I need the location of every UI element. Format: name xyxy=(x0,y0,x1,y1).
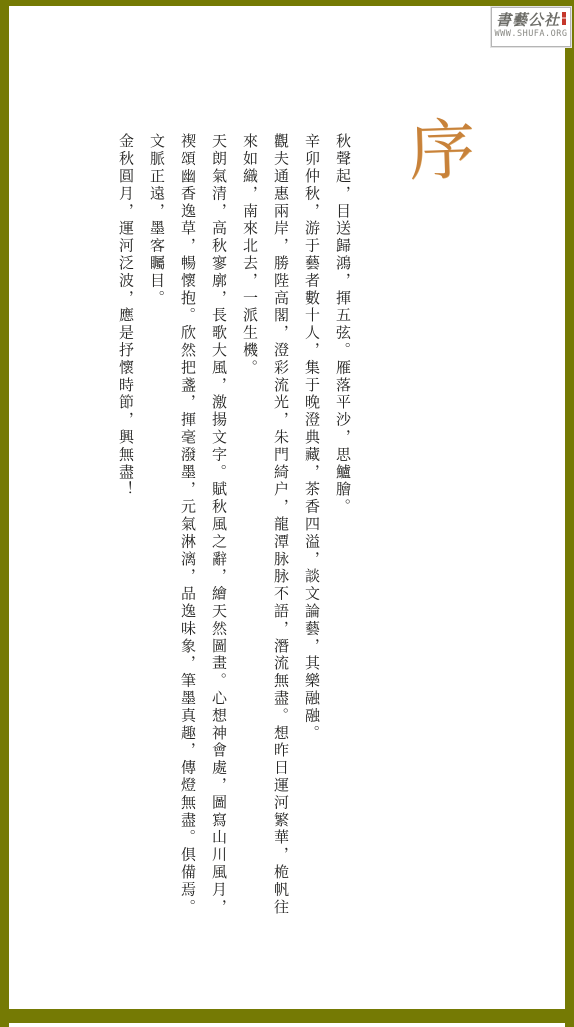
preface-vertical-text: 秋聲起，目送歸鴻，揮五弦。雁落平沙，思鱸膾。 辛卯仲秋，游于藝者數十人，集于晚澄… xyxy=(78,133,358,933)
preface-paragraph-1: 秋聲起，目送歸鴻，揮五弦。雁落平沙，思鱸膾。 xyxy=(327,133,358,933)
page-border-bottom xyxy=(0,1009,574,1023)
site-url-text: WWW.SHUFA.ORG xyxy=(492,29,570,40)
site-logo-calligraphy: 書藝公社 xyxy=(496,11,560,29)
preface-paragraph-5: 金秋圓月，運河泛波，應是抒懷時節，興無盡！ xyxy=(110,133,141,933)
site-watermark: 書藝公社 WWW.SHUFA.ORG xyxy=(491,7,571,47)
preface-paragraph-2: 辛卯仲秋，游于藝者數十人，集于晚澄典藏，茶香四溢，談文論藝，其樂融融。 xyxy=(296,133,327,933)
page-border-top xyxy=(0,0,574,6)
logo-seal-icon xyxy=(562,12,566,25)
page-border-right xyxy=(565,0,574,1027)
page-border-left xyxy=(0,0,9,1027)
preface-paragraph-4: 天朗氣清，高秋寥廓，長歌大風，激揚文字。賦秋風之辭，繪天然圖畫。心想神會處，圖寫… xyxy=(141,133,234,933)
preface-paragraph-3: 觀夫通惠兩岸，勝陛高閣，澄彩流光，朱門綺户，龍潭脉脉不語，潛流無盡。想昨日運河繁… xyxy=(234,133,296,933)
page-title: 序 xyxy=(400,105,483,203)
